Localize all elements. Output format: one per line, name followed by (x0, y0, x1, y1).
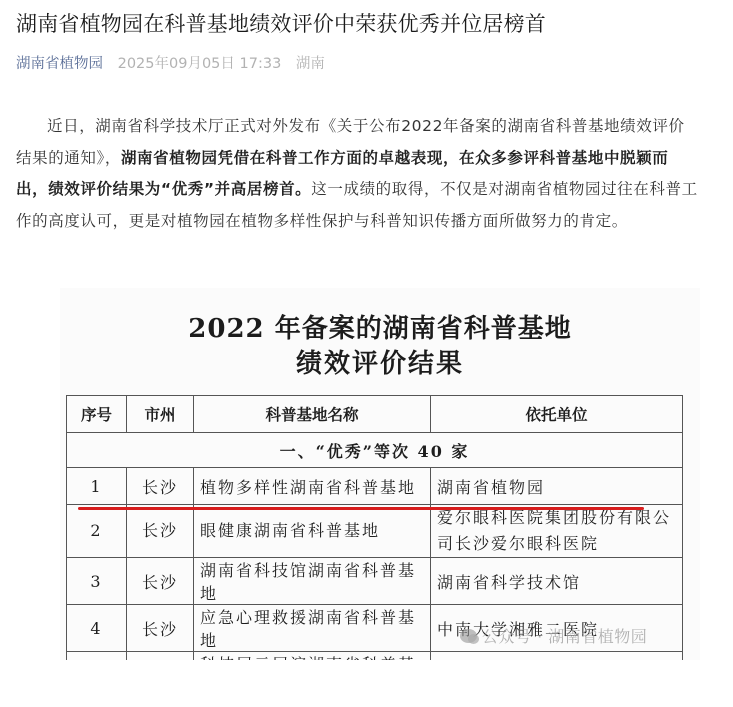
cell-base-name: 应急心理救援湖南省科普基地 (194, 605, 431, 652)
cell-base-name: 植物多样性湖南省科普基地 (194, 468, 431, 505)
table-row: 1 长沙 植物多样性湖南省科普基地 湖南省植物园 (67, 468, 683, 505)
cell-no: 3 (67, 558, 127, 605)
document-title-line1: 2022 年备案的湖南省科普基地 (60, 308, 700, 345)
cell-unit: 爱尔眼科医院集团股份有限公司长沙爱尔眼科医院 (431, 505, 683, 558)
watermark-text: 公众号 · 湖南省植物园 (482, 627, 647, 646)
article-meta: 湖南省植物园 2025年09月05日 17:33 湖南 (16, 53, 325, 75)
publish-date: 2025年09月05日 17:33 (118, 56, 282, 72)
cell-city: 长沙 (127, 605, 194, 652)
document-title-line2: 绩效评价结果 (60, 343, 700, 380)
cell-no: 1 (67, 468, 127, 505)
cell-city: 长沙 (127, 558, 194, 605)
author-link[interactable]: 湖南省植物园 (16, 56, 103, 72)
section-row: 一、“优秀”等次 40 家 (67, 433, 683, 468)
header-city: 市州 (127, 396, 194, 433)
cell-city: 长沙 (127, 505, 194, 558)
cell-no: 4 (67, 605, 127, 652)
section-label: 一、“优秀”等次 40 家 (67, 433, 683, 468)
article-title: 湖南省植物园在科普基地绩效评价中荣获优秀并位居榜首 (16, 9, 546, 39)
watermark: 公众号 · 湖南省植物园 (460, 624, 647, 647)
cell-city: 长沙 (127, 468, 194, 505)
cell-unit: 湖南省植物园 (431, 468, 683, 505)
cell-no: 5 (67, 652, 127, 661)
table-row: 2 长沙 眼健康湖南省科普基地 爱尔眼科医院集团股份有限公司长沙爱尔眼科医院 (67, 505, 683, 558)
results-document-image[interactable]: 2022 年备案的湖南省科普基地 绩效评价结果 序号 市州 科普基地名称 依托单… (60, 288, 700, 660)
cell-base-name: 湖南省科技馆湖南省科普基地 (194, 558, 431, 605)
cell-city: 衡阳 (127, 652, 194, 661)
cell-no: 2 (67, 505, 127, 558)
publish-location: 湖南 (296, 56, 325, 72)
highlight-underline (78, 507, 644, 510)
header-no: 序号 (67, 396, 127, 433)
cell-base-name: 科技展示展演湖南省科普基地 (194, 652, 431, 661)
wechat-icon (460, 629, 477, 643)
table-row: 3 长沙 湖南省科技馆湖南省科普基地 湖南省科学技术馆 (67, 558, 683, 605)
cell-unit: 湖南省科学技术馆 (431, 558, 683, 605)
article-paragraph: 近日，湖南省科学技术厅正式对外发布《关于公布2022年备案的湖南省科普基地绩效评… (16, 111, 700, 237)
cell-base-name: 眼健康湖南省科普基地 (194, 505, 431, 558)
results-table: 序号 市州 科普基地名称 依托单位 一、“优秀”等次 40 家 1 长沙 植物多… (66, 395, 683, 660)
table-header-row: 序号 市州 科普基地名称 依托单位 (67, 396, 683, 433)
header-base-name: 科普基地名称 (194, 396, 431, 433)
header-unit: 依托单位 (431, 396, 683, 433)
cell-unit: 衡阳市科技馆 (431, 652, 683, 661)
table-row: 5 衡阳 科技展示展演湖南省科普基地 衡阳市科技馆 (67, 652, 683, 661)
